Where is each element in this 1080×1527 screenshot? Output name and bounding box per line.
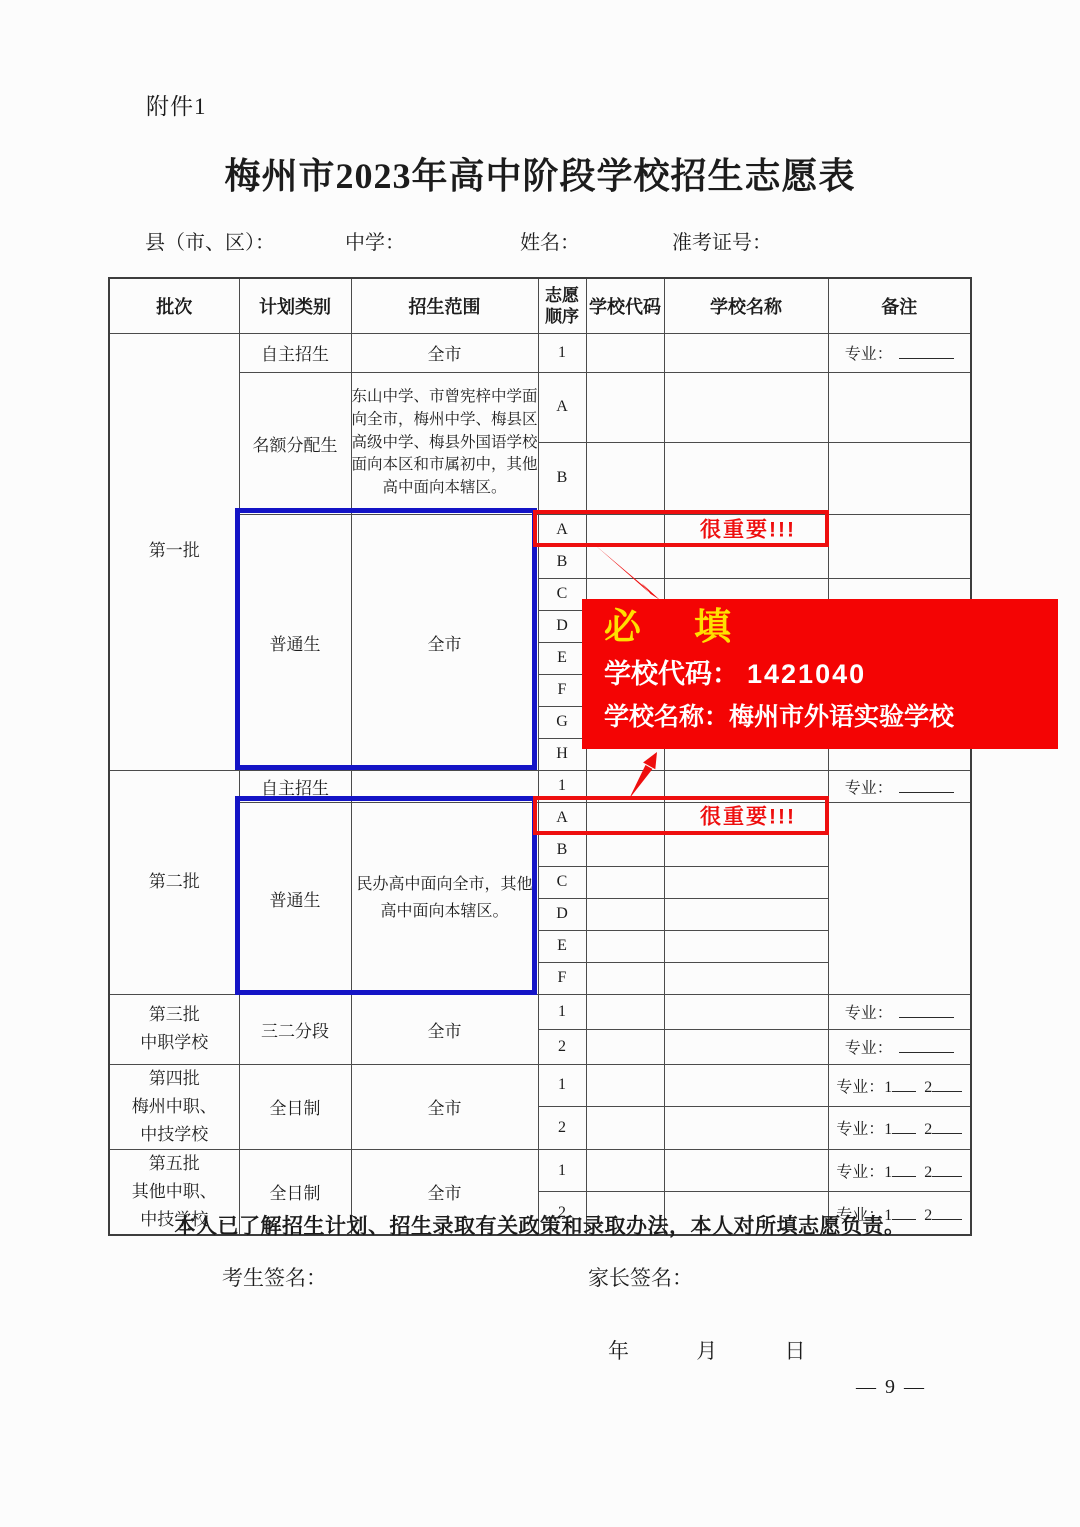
school-code-blank	[586, 930, 664, 962]
header-plan-type: 计划类别	[239, 278, 351, 333]
batch4-row1: 第四批 梅州中职、 中技学校 全日制 全市 1 专业：12	[109, 1064, 971, 1107]
header-school-code: 学校代码	[586, 278, 664, 333]
school-name-blank	[664, 1107, 828, 1150]
batch4-label-line1: 第四批	[110, 1065, 239, 1093]
batch4-plan: 全日制	[239, 1064, 351, 1149]
student-signature-label: 考生签名：	[222, 1262, 327, 1292]
date-row: 年 月 日	[608, 1335, 868, 1365]
batch4-label: 第四批 梅州中职、 中技学校	[109, 1064, 239, 1149]
order-cell: B	[538, 834, 586, 866]
remark-major-blank: 专业：	[828, 994, 971, 1029]
order-cell: E	[538, 930, 586, 962]
order-cell: G	[538, 706, 586, 738]
batch1-zizhu-scope: 全市	[351, 333, 538, 372]
batch1-putong-plan: 普通生	[239, 514, 351, 770]
batch2-putong-rowA: 普通生 民办高中面向全市，其他高中面向本辖区。 A	[109, 802, 971, 834]
order-cell: A	[538, 514, 586, 546]
batch2-putong-plan: 普通生	[239, 802, 351, 994]
remark-blank	[828, 372, 971, 442]
batch2-zizhu-plan: 自主招生	[239, 770, 351, 802]
header-order-line1: 志愿	[539, 285, 586, 306]
batch3-label-line1: 第三批	[110, 1001, 239, 1029]
school-name-blank	[664, 1149, 828, 1192]
school-code-blank	[586, 994, 664, 1029]
school-code-blank	[586, 1107, 664, 1150]
volunteer-table: 批次 计划类别 招生范围 志愿 顺序 学校代码 学校名称 备注 第一批 自主招生…	[108, 277, 972, 1236]
school-name-callout-label: 学校名称：	[604, 703, 729, 731]
batch5-label-line2: 其他中职、	[110, 1178, 239, 1206]
date-year-label: 年	[608, 1339, 629, 1363]
remark-blank	[828, 514, 971, 578]
school-name-blank	[664, 898, 828, 930]
remark-major-label: 专业：	[845, 346, 893, 363]
batch2-zizhu-scope-blank	[351, 770, 538, 802]
school-code-blank	[586, 514, 664, 546]
school-code-blank	[586, 1149, 664, 1192]
batch1-minge-plan: 名额分配生	[239, 372, 351, 514]
batch4-scope: 全市	[351, 1064, 538, 1149]
batch1-zizhu-plan: 自主招生	[239, 333, 351, 372]
order-cell: H	[538, 738, 586, 770]
batch1-minge-scope: 东山中学、市曾宪梓中学面向全市，梅州中学、梅县区高级中学、梅县外国语学校面向本区…	[351, 372, 538, 514]
header-batch: 批次	[109, 278, 239, 333]
batch3-label: 第三批 中职学校	[109, 994, 239, 1064]
school-name-blank	[664, 514, 828, 546]
school-name-callout-value: 梅州市外语实验学校	[729, 703, 954, 731]
order-cell: 2	[538, 1107, 586, 1150]
order-cell: 1	[538, 994, 586, 1029]
school-name-blank	[664, 372, 828, 442]
school-code-blank	[586, 802, 664, 834]
batch2-label: 第二批	[109, 770, 239, 994]
school-name-blank	[664, 930, 828, 962]
remark-two-majors-blank: 专业：12	[828, 1149, 971, 1192]
school-code-callout-value: 1421040	[747, 659, 866, 689]
order-cell: C	[538, 578, 586, 610]
header-school-name: 学校名称	[664, 278, 828, 333]
order-cell: A	[538, 372, 586, 442]
page-number: — 9 —	[856, 1376, 926, 1399]
order-cell: 1	[538, 770, 586, 802]
remark-choice1: 1	[884, 1121, 892, 1138]
parent-signature-label: 家长签名：	[588, 1262, 693, 1292]
remark-major-blank: 专业：	[828, 1029, 971, 1064]
remark-major-blank: 专业：	[828, 770, 971, 802]
remark-major-label: 专业：	[836, 1079, 884, 1096]
school-code-blank	[586, 898, 664, 930]
remark-choice2: 2	[924, 1164, 932, 1181]
header-order-line2: 顺序	[539, 306, 586, 327]
order-cell: D	[538, 898, 586, 930]
school-code-blank	[586, 333, 664, 372]
school-code-blank	[586, 1029, 664, 1064]
school-code-blank	[586, 442, 664, 514]
remark-major-label: 专业：	[845, 1040, 893, 1057]
declaration-text: 本人已了解招生计划、招生录取有关政策和录取办法，本人对所填志愿负责。	[0, 1210, 1080, 1240]
order-cell: 1	[538, 333, 586, 372]
order-cell: B	[538, 442, 586, 514]
batch1-putong-scope: 全市	[351, 514, 538, 770]
remark-choice1: 1	[884, 1164, 892, 1181]
required-callout-panel: 必 填 学校代码：1421040 学校名称：梅州市外语实验学校	[582, 599, 1058, 749]
remark-choice2: 2	[924, 1079, 932, 1096]
school-name-callout: 学校名称：梅州市外语实验学校	[604, 697, 1058, 733]
school-name-blank	[664, 333, 828, 372]
order-cell: 2	[538, 1029, 586, 1064]
school-name-blank	[664, 1029, 828, 1064]
batch4-label-line3: 中技学校	[110, 1121, 239, 1149]
county-field-label: 县（市、区）：	[145, 226, 275, 255]
order-cell: D	[538, 610, 586, 642]
table-header-row: 批次 计划类别 招生范围 志愿 顺序 学校代码 学校名称 备注	[109, 278, 971, 333]
order-cell: C	[538, 866, 586, 898]
header-remark: 备注	[828, 278, 971, 333]
order-cell: B	[538, 546, 586, 578]
order-cell: 1	[538, 1149, 586, 1192]
school-code-blank	[586, 1064, 664, 1107]
school-code-callout-label: 学校代码：	[604, 659, 739, 689]
remark-blank	[828, 802, 971, 994]
school-code-blank	[586, 962, 664, 994]
school-code-blank	[586, 372, 664, 442]
remark-major-label: 专业：	[836, 1164, 884, 1181]
header-order: 志愿 顺序	[538, 278, 586, 333]
batch4-label-line2: 梅州中职、	[110, 1093, 239, 1121]
school-name-blank	[664, 1064, 828, 1107]
batch3-plan: 三二分段	[239, 994, 351, 1064]
remark-two-majors-blank: 专业：12	[828, 1107, 971, 1150]
order-cell: A	[538, 802, 586, 834]
remark-major-blank: 专业：	[828, 333, 971, 372]
batch1-label: 第一批	[109, 333, 239, 770]
batch1-putong-rowA: 普通生 全市 A	[109, 514, 971, 546]
attachment-label: 附件1	[146, 88, 207, 121]
remark-major-label: 专业：	[836, 1121, 884, 1138]
remark-blank	[828, 442, 971, 514]
order-cell: E	[538, 642, 586, 674]
form-title: 梅州市2023年高中阶段学校招生志愿表	[0, 148, 1080, 199]
header-scope: 招生范围	[351, 278, 538, 333]
batch5-row1: 第五批 其他中职、 中技学校 全日制 全市 1 专业：12	[109, 1149, 971, 1192]
required-label: 必 填	[604, 606, 1058, 649]
school-name-blank	[664, 546, 828, 578]
batch2-putong-scope: 民办高中面向全市，其他高中面向本辖区。	[351, 802, 538, 994]
school-name-blank	[664, 834, 828, 866]
batch3-scope: 全市	[351, 994, 538, 1064]
school-name-blank	[664, 866, 828, 898]
school-code-blank	[586, 866, 664, 898]
remark-choice2: 2	[924, 1121, 932, 1138]
date-month-label: 月	[696, 1339, 717, 1363]
school-name-blank	[664, 994, 828, 1029]
remark-major-label: 专业：	[845, 1005, 893, 1022]
remark-two-majors-blank: 专业：12	[828, 1064, 971, 1107]
school-name-blank	[664, 442, 828, 514]
batch1-zizhu-row: 第一批 自主招生 全市 1 专业：	[109, 333, 971, 372]
exam-number-field-label: 准考证号：	[672, 226, 772, 255]
school-code-blank	[586, 546, 664, 578]
batch1-minge-rowA: 名额分配生 东山中学、市曾宪梓中学面向全市，梅州中学、梅县区高级中学、梅县外国语…	[109, 372, 971, 442]
school-name-blank	[664, 802, 828, 834]
name-field-label: 姓名：	[520, 226, 580, 255]
order-cell: 1	[538, 1064, 586, 1107]
school-name-blank	[664, 770, 828, 802]
school-code-callout: 学校代码：1421040	[604, 652, 1058, 691]
remark-choice1: 1	[884, 1079, 892, 1096]
remark-major-label: 专业：	[845, 780, 893, 797]
school-code-blank	[586, 770, 664, 802]
scanned-form-page: 附件1 梅州市2023年高中阶段学校招生志愿表 县（市、区）： 中学： 姓名： …	[0, 0, 1080, 1527]
date-day-label: 日	[785, 1339, 806, 1363]
order-cell: F	[538, 962, 586, 994]
batch2-zizhu-row: 第二批 自主招生 1 专业：	[109, 770, 971, 802]
batch5-label-line1: 第五批	[110, 1150, 239, 1178]
middle-school-field-label: 中学：	[345, 226, 405, 255]
school-code-blank	[586, 834, 664, 866]
order-cell: F	[538, 674, 586, 706]
batch3-label-line2: 中职学校	[110, 1029, 239, 1057]
school-name-blank	[664, 962, 828, 994]
batch3-row1: 第三批 中职学校 三二分段 全市 1 专业：	[109, 994, 971, 1029]
